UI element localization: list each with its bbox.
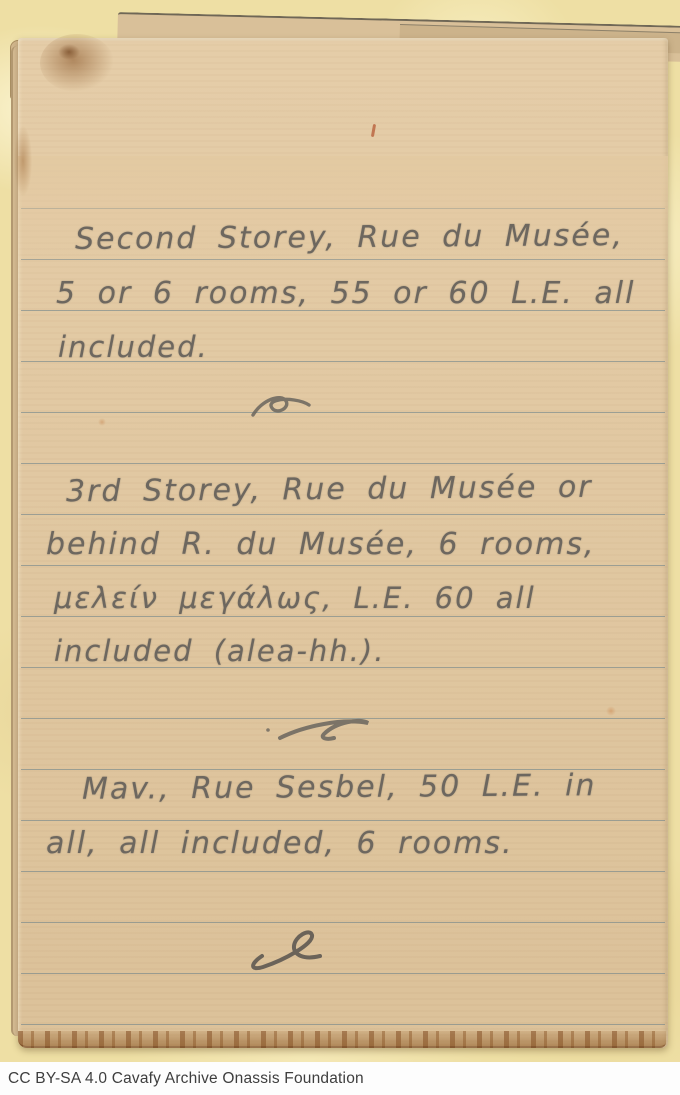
ruled-lines-fade <box>18 156 668 276</box>
handwritten-line: Mav., Rue Sesbel, 50 L.E. in <box>82 768 597 807</box>
handwritten-line: included. <box>58 330 209 364</box>
red-ink-tick <box>371 124 376 137</box>
handwritten-line: 3rd Storey, Rue du Musée or <box>66 470 593 510</box>
license-caption-text: CC BY-SA 4.0 Cavafy Archive Onassis Foun… <box>0 1070 364 1088</box>
divider-squiggle-icon <box>264 714 386 746</box>
handwritten-line: Second Storey, Rue du Musée, <box>75 218 624 257</box>
divider-squiggle-icon <box>250 390 312 422</box>
corner-stain <box>40 34 114 92</box>
handwritten-line: μελείν μεγάλως, L.E. 60 all <box>54 581 536 615</box>
handwritten-line: all, all included, 6 rooms. <box>46 826 514 861</box>
scanned-notebook-photo: Second Storey, Rue du Musée, 5 or 6 room… <box>0 0 680 1095</box>
handwritten-line: included (alea-hh.). <box>54 634 385 668</box>
handwritten-line: behind R. du Musée, 6 rooms, <box>46 527 596 562</box>
foxed-bottom-edge <box>18 1031 666 1048</box>
notebook-page: Second Storey, Rue du Musée, 5 or 6 room… <box>18 38 668 1048</box>
license-caption-bar: CC BY-SA 4.0 Cavafy Archive Onassis Foun… <box>0 1062 680 1095</box>
handwritten-line: 5 or 6 rooms, 55 or 60 L.E. all <box>56 276 635 311</box>
corner-stain-dark <box>58 44 80 60</box>
divider-squiggle-icon <box>246 928 334 974</box>
